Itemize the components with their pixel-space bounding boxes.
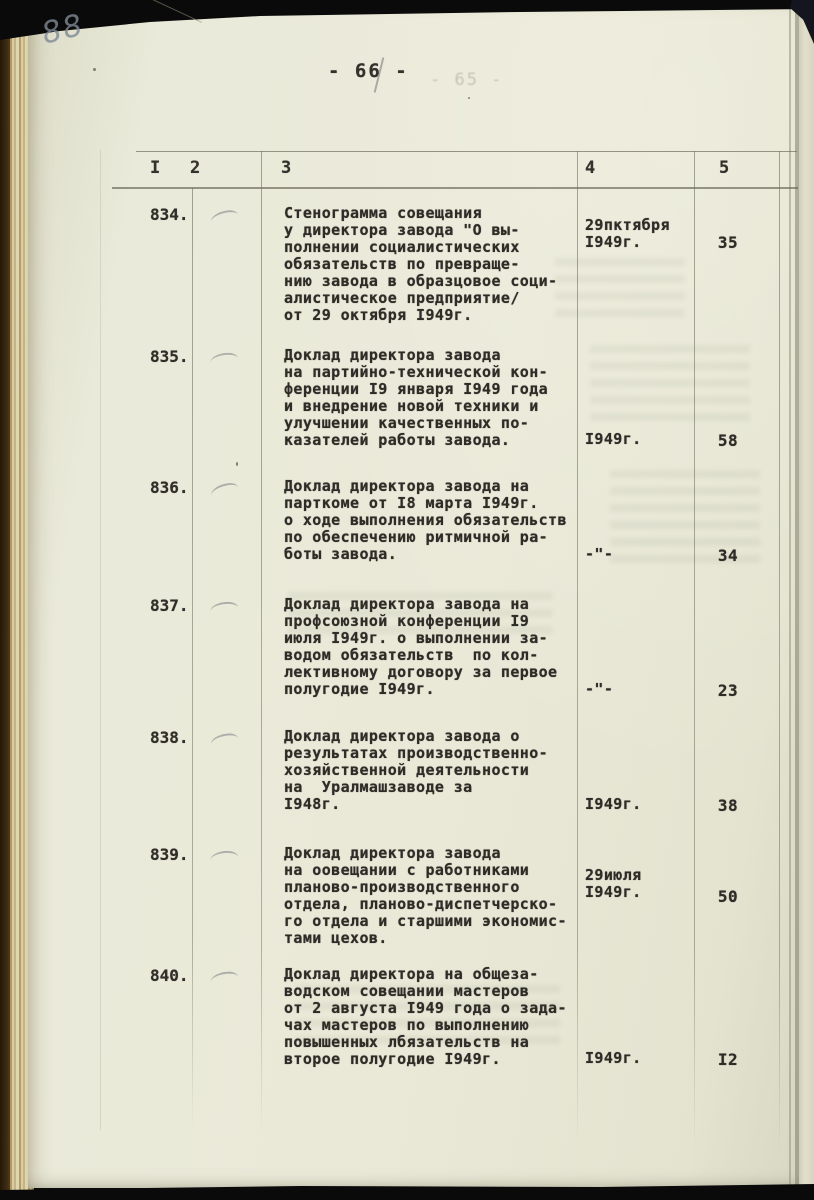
entry-date-line: I949г. (585, 796, 642, 813)
entry-title-line: казателей работы завода. (284, 432, 548, 449)
entry-number: 838. (150, 728, 189, 747)
entry-title-line: отдела, планово-диспетчерско- (284, 896, 567, 913)
entry-title-line: нию завода в образцовое соци- (284, 273, 558, 290)
entry-title: Доклад директора на общеза-водском совещ… (284, 966, 567, 1068)
column-header-5: 5 (719, 158, 729, 178)
entry-number: 835. (150, 347, 189, 366)
entry-title-line: планово-производственного (284, 879, 567, 896)
entry-title-line: профсоюзной конференции I9 (284, 613, 558, 630)
entry-title-line: полнении социалистических (284, 239, 558, 256)
entry-date-line: -"- (585, 546, 613, 563)
entry-page-count: 23 (698, 681, 758, 700)
bleed-through-artifact (555, 258, 685, 320)
entry-title-line: по обеспечению ритмичной ра- (284, 529, 567, 546)
bleed-through-artifact (590, 345, 750, 425)
entry-title: Стенограмма совещанияу директора завода … (284, 205, 558, 324)
entry-page-count: 35 (698, 233, 758, 252)
entry-number: 839. (150, 845, 189, 864)
entry-title-line: результатах производственно- (284, 745, 548, 762)
entry-page-count: I2 (698, 1050, 758, 1069)
column-header-4: 4 (585, 158, 595, 178)
entry-page-count: 38 (698, 796, 758, 815)
entry-title-line: I948г. (284, 796, 548, 813)
table-column-divider (577, 151, 578, 1146)
entry-title-line: обязательств по превраще- (284, 256, 558, 273)
entry-title-line: Доклад директора завода на (284, 478, 567, 495)
entry-title-line: Доклад директора завода на (284, 596, 558, 613)
entry-title-line: повышенных лбязательств на (284, 1034, 567, 1051)
entry-title-line: Доклад директора завода (284, 347, 548, 364)
entry-title-line: второе полугодие I949г. (284, 1051, 567, 1068)
entry-title-line: от 2 августа I949 года о зада- (284, 1000, 567, 1017)
entry-title-line: полугодие I949г. (284, 681, 558, 698)
entry-title-line: Стенограмма совещания (284, 205, 558, 222)
entry-title-line: тами цехов. (284, 930, 567, 947)
ghost-page-number: - 65 - (430, 70, 503, 90)
entry-page-count: 58 (698, 431, 758, 450)
entry-date-line: I949г. (585, 1050, 642, 1067)
entry-date-line: I949г. (585, 234, 670, 251)
entry-title-line: чах мастеров по выполнению (284, 1017, 567, 1034)
paper-speck (93, 68, 96, 71)
entry-title-line: парткоме от I8 марта I949г. (284, 495, 567, 512)
entry-title-line: боты завода. (284, 546, 567, 563)
entry-page-count: 50 (698, 887, 758, 906)
entry-title-line: го отдела и старшими экономис- (284, 913, 567, 930)
entry-title-line: июля I949г. о выполнении за- (284, 630, 558, 647)
entry-title-line: на партийно-технической кон- (284, 364, 548, 381)
scanned-document-page: 88 - 66 - - 65 - I 2 3 4 5 834.Стенограм… (0, 0, 814, 1200)
entry-title-line: водском совещании мастеров (284, 983, 567, 1000)
entry-title-line: на оовещании с работниками (284, 862, 567, 879)
entry-number: 836. (150, 478, 189, 497)
column-header-1: I (150, 158, 160, 178)
entry-title-line: алистическое предприятие/ (284, 290, 558, 307)
entry-title-line: о ходе выполнения обязательств (284, 512, 567, 529)
entry-date-line: I949г. (585, 884, 642, 901)
entry-date-line: -"- (585, 681, 613, 698)
entry-title-line: на Уралмашзаводе за (284, 779, 548, 796)
entry-title-line: лективному договору за первое (284, 664, 558, 681)
entry-date: -"- (585, 681, 613, 698)
entry-date-line: I949г. (585, 431, 642, 448)
entry-date-line: 29пктября (585, 217, 670, 234)
entry-number: 837. (150, 596, 189, 615)
entry-title-line: водом обязательств по кол- (284, 647, 558, 664)
entry-date: I949г. (585, 1050, 642, 1067)
entry-title-line: Доклад директора завода (284, 845, 567, 862)
paper-speck (236, 462, 238, 466)
page-right-edge (789, 8, 791, 1186)
entry-date: I949г. (585, 431, 642, 448)
entry-title-line: Доклад директора завода о (284, 728, 548, 745)
entry-date: I949г. (585, 796, 642, 813)
table-column-divider (192, 188, 193, 1128)
entry-title-line: улучшении качественных по- (284, 415, 548, 432)
vertical-paper-crease (100, 150, 101, 1130)
entry-title-line: ференции I9 января I949 года (284, 381, 548, 398)
entry-number: 840. (150, 966, 189, 985)
entry-title-line: от 29 октября I949г. (284, 307, 558, 324)
entry-date: 29пктябряI949г. (585, 217, 670, 251)
entry-date: -"- (585, 546, 613, 563)
column-header-2: 2 (190, 158, 200, 178)
table-column-divider (694, 151, 695, 1151)
table-header-rule (112, 187, 798, 189)
entry-title: Доклад директора завода напрофсоюзной ко… (284, 596, 558, 698)
entry-title-line: и внедрение новой техники и (284, 398, 548, 415)
next-page-sliver (799, 4, 814, 1190)
entry-title-line: хозяйственной деятельности (284, 762, 548, 779)
column-header-3: 3 (281, 158, 291, 178)
page-number: - 66 - (328, 60, 409, 82)
entry-title-line: Доклад директора на общеза- (284, 966, 567, 983)
entry-title-line: у директора завода "О вы- (284, 222, 558, 239)
table-column-divider (779, 151, 780, 1156)
entry-title: Доклад директора заводана оовещании с ра… (284, 845, 567, 947)
paper-speck (468, 97, 470, 99)
entry-title: Доклад директора завода орезультатах про… (284, 728, 548, 813)
entry-title: Доклад директора завода напарткоме от I8… (284, 478, 567, 563)
entry-date: 29июляI949г. (585, 867, 642, 901)
table-column-divider (261, 151, 262, 1136)
entry-page-count: 34 (698, 546, 758, 565)
entry-number: 834. (150, 205, 189, 224)
table-top-rule (136, 151, 797, 152)
entry-title: Доклад директора заводана партийно-техни… (284, 347, 548, 449)
entry-date-line: 29июля (585, 867, 642, 884)
